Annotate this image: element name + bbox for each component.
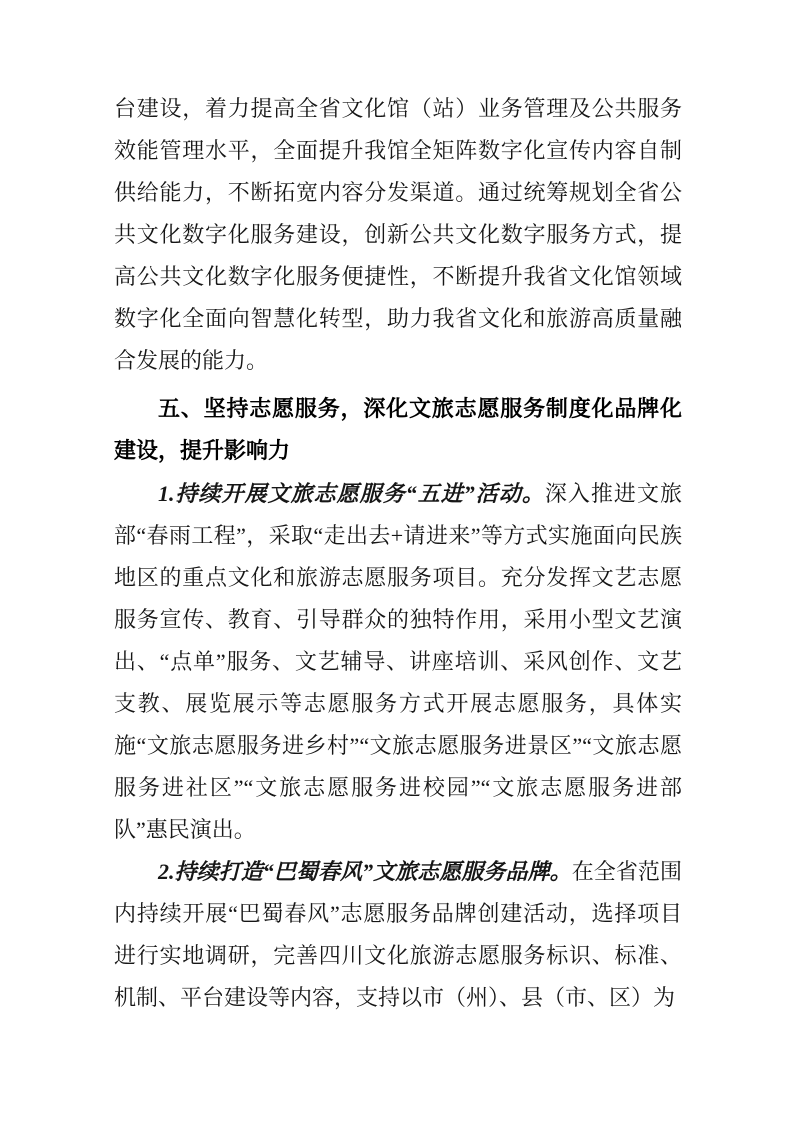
numbered-paragraph-2: 2.持续打造“巴蜀春风”文旅志愿服务品牌。在全省范围内持续开展“巴蜀春风”志愿服… bbox=[114, 851, 682, 1019]
paragraph-1-lead: 1.持续开展文旅志愿服务“五进”活动。 bbox=[158, 481, 545, 506]
numbered-paragraph-1: 1.持续开展文旅志愿服务“五进”活动。深入推进文旅部“春雨工程”，采取“走出去+… bbox=[114, 473, 682, 851]
document-page: 台建设，着力提高全省文化馆（站）业务管理及公共服务效能管理水平，全面提升我馆全矩… bbox=[0, 0, 794, 1123]
paragraph-2-lead: 2.持续打造“巴蜀春风”文旅志愿服务品牌。 bbox=[158, 859, 572, 884]
section-heading: 五、坚持志愿服务，深化文旅志愿服务制度化品牌化建设，提升影响力 bbox=[114, 388, 682, 472]
continuation-paragraph: 台建设，着力提高全省文化馆（站）业务管理及公共服务效能管理水平，全面提升我馆全矩… bbox=[114, 88, 682, 382]
paragraph-1-body: 深入推进文旅部“春雨工程”，采取“走出去+请进来”等方式实施面向民族地区的重点文… bbox=[114, 481, 682, 842]
